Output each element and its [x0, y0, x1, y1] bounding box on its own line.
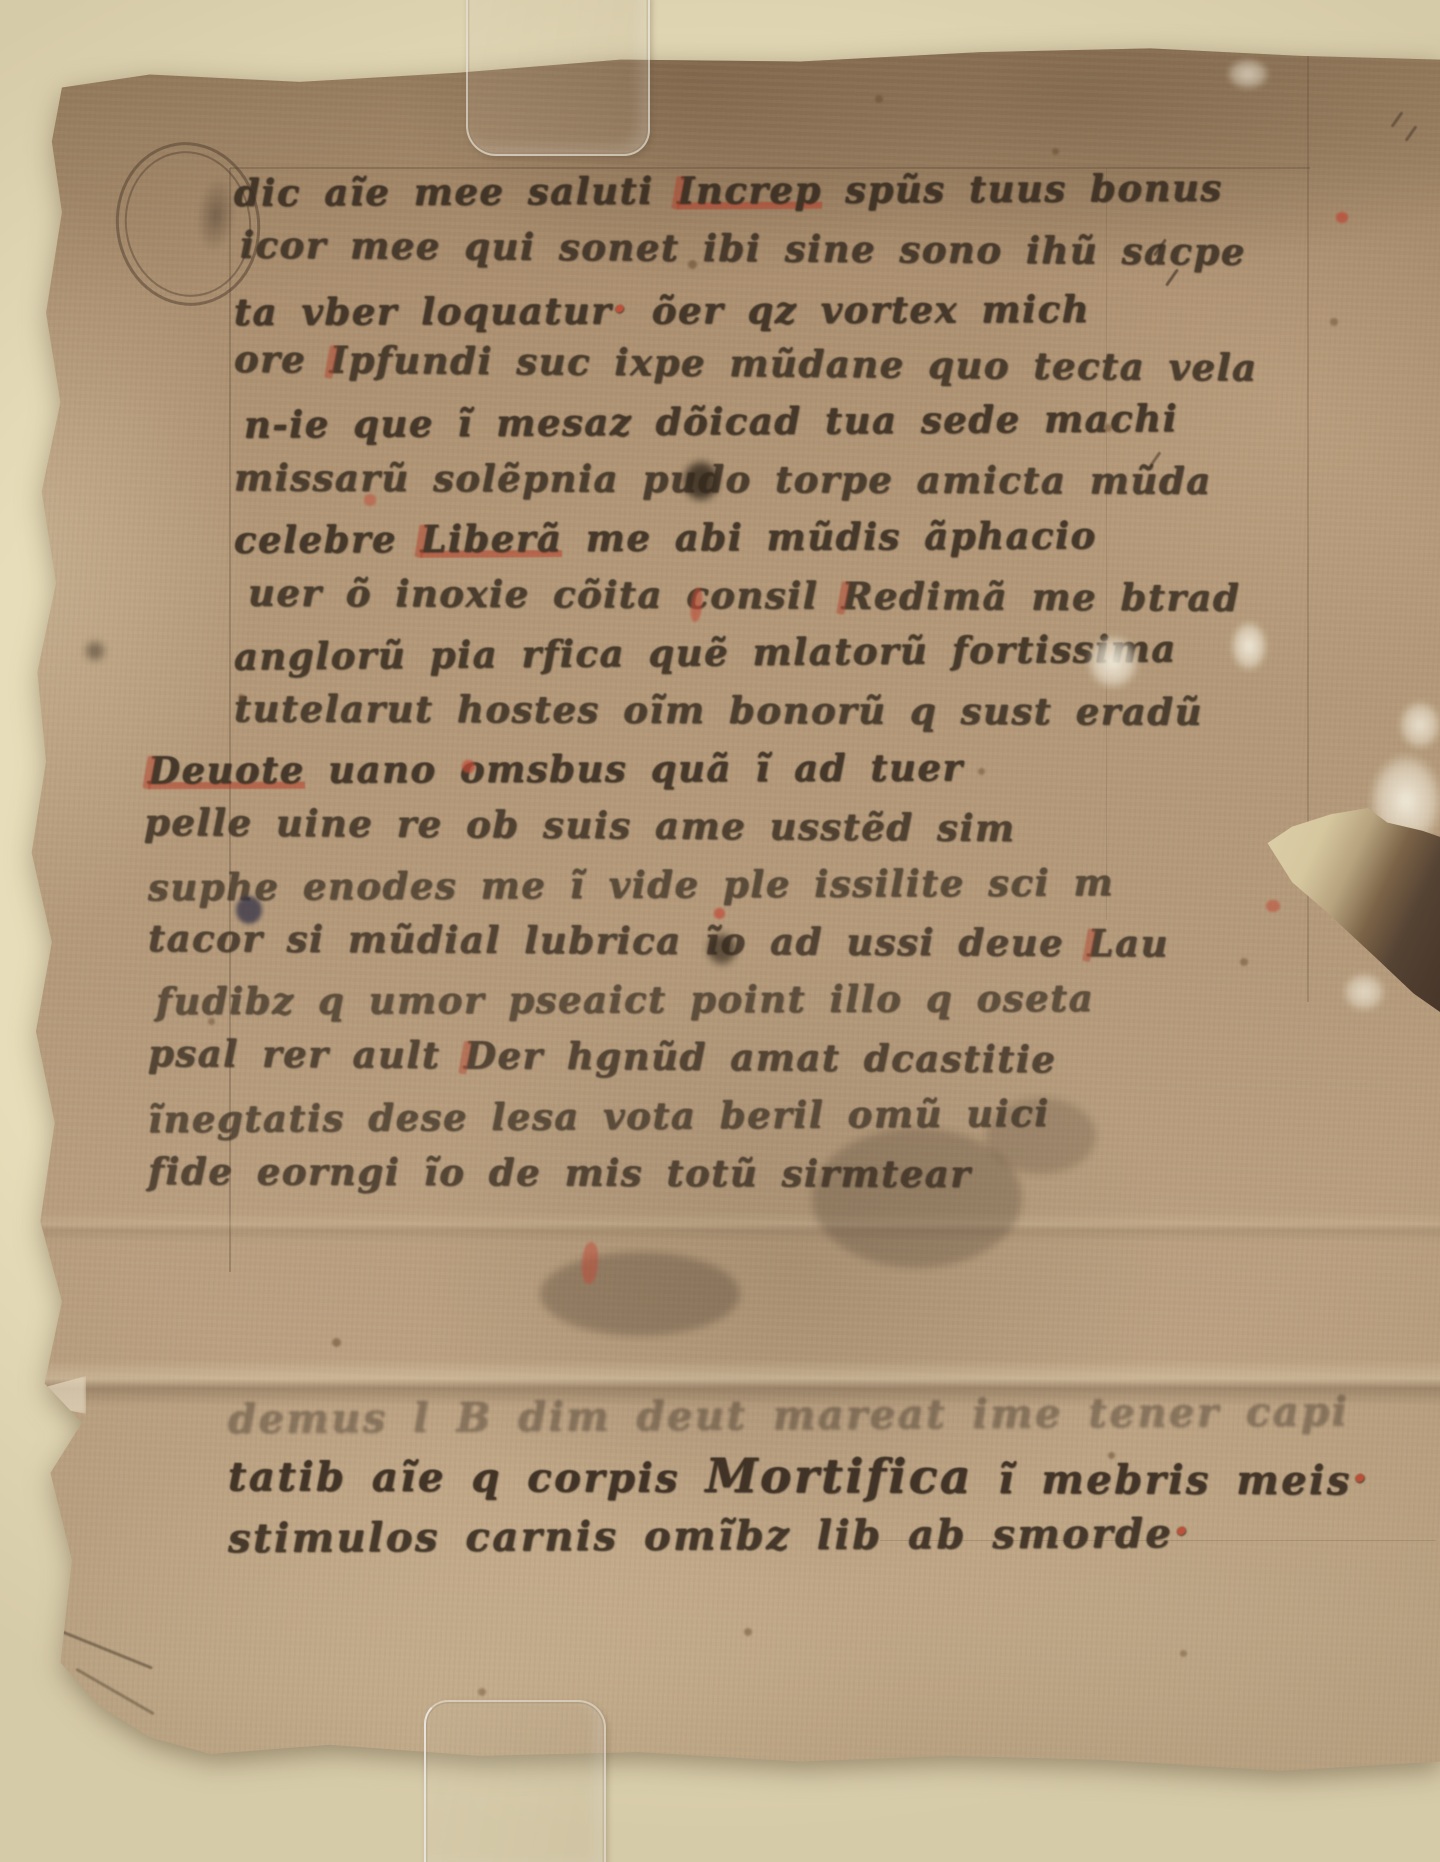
red-paint-speck [364, 494, 376, 506]
rubricated-text: Increp [677, 168, 822, 213]
rubricated-text: · [612, 284, 628, 334]
edge-crack [59, 1629, 153, 1669]
manuscript-text-line: pelle uine re ob suis ame usstẽd sim [144, 800, 1334, 866]
manuscript-text-line: ĩnegtatis dese lesa vota beril omũ uici [148, 1089, 1338, 1155]
brown-speck [1240, 958, 1248, 966]
brown-speck [238, 694, 245, 701]
manuscript-text-line: icor mee qui sonet ibi sine sono ihũ sac… [154, 222, 1344, 288]
red-paint-speck [462, 760, 475, 773]
manuscript-text-line: missarũ solẽpnia pudo torpe amicta mũda [148, 455, 1338, 517]
brown-speck [1180, 1650, 1187, 1657]
text-block-lower: demus l B dim deut mareat ime tener capi… [148, 1392, 1388, 1563]
manuscript-text-line: uer õ inoxie cõita consil Redimã me btra… [162, 570, 1352, 634]
fold-crease [20, 1360, 1440, 1406]
red-paint-speck [1336, 212, 1348, 223]
brown-speck [978, 768, 985, 775]
manuscript-text-line: tacor si mũdial lubrica ĩo ad ussi deue … [148, 916, 1338, 980]
manuscript-text-line: tutelarut hostes oĩm bonorũ q sust eradũ [148, 686, 1338, 748]
rubricated-text: Liberã [420, 516, 562, 561]
brown-speck [1052, 148, 1059, 155]
white-fuzz-patch [1086, 634, 1140, 690]
rubricated-text: Ipfundi [329, 338, 493, 383]
ink-text: anglorũ pia rfica quẽ mlatorũ fortissima [234, 627, 1177, 679]
edge-crack [75, 1668, 154, 1716]
ink-text: tutelarut hostes oĩm bonorũ q sust eradũ [234, 686, 1203, 733]
bottom-plastic-strap [424, 1700, 606, 1862]
white-fuzz-patch [1342, 972, 1386, 1012]
dark-stain [540, 1252, 740, 1336]
ink-text: ta vber loquatur [234, 288, 612, 333]
ink-text: spũs tuus bonus [822, 165, 1223, 211]
manuscript-text-line: fudibz q umor pseaict point illo q oseta [156, 975, 1346, 1037]
ink-text: tatib aĩe q corpis [228, 1453, 706, 1502]
manuscript-text-line: stimulos carnis omĩbz lib ab smorde· [148, 1503, 1388, 1566]
manuscript-text-line: celebre Liberã me abi mũdis ãphacio [148, 512, 1338, 576]
marginal-slash-mark [1405, 125, 1418, 141]
brown-speck [1104, 424, 1112, 432]
ink-text: missarũ solẽpnia pudo torpe amicta mũda [234, 455, 1212, 502]
brown-speck [478, 1688, 486, 1696]
ink-text: stimulos carnis omĩbz lib ab smorde [228, 1510, 1174, 1562]
brown-speck [332, 1338, 341, 1347]
manuscript-text-line: n-ie que ĩ mesaz dõicad tua sede machi [158, 395, 1348, 461]
brown-speck [688, 260, 697, 269]
manuscript-text-line: dic aĩe mee saluti Increp spũs tuus bonu… [148, 165, 1338, 229]
rubricated-text: Der [464, 1033, 544, 1078]
manuscript-text-line: Deuote uano omsbus quã ĩ ad tuer [148, 744, 1338, 806]
ink-text: ore [234, 337, 330, 382]
brown-speck [1330, 318, 1338, 326]
ink-text: suc ixpe mũdane quo tecta vela [493, 339, 1258, 390]
ink-text: celebre [234, 516, 421, 561]
ink-blot [236, 896, 262, 924]
white-fuzz-patch [1226, 58, 1270, 90]
top-plastic-strap [466, 0, 650, 156]
ink-text: icor mee qui sonet ibi sine sono ihũ sac… [240, 222, 1246, 273]
rubricated-text: · [1352, 1451, 1371, 1505]
dark-stain [86, 642, 104, 660]
ink-text: uer õ inoxie cõita consil [248, 570, 842, 617]
white-fuzz-patch [1398, 700, 1440, 750]
brown-speck [1108, 1452, 1115, 1459]
brown-speck [744, 1628, 752, 1636]
ink-text: tacor si mũdial lubrica ĩo ad ussi deue [148, 916, 1088, 965]
fold-crease-faint [20, 1212, 1440, 1242]
parchment-leaf: dic aĩe mee saluti Increp spũs tuus bonu… [0, 0, 1440, 1862]
manuscript-text-line: ore Ipfundi suc ixpe mũdane quo tecta ve… [148, 336, 1338, 404]
ink-text: pelle uine re ob suis ame usstẽd sim [144, 800, 1016, 850]
dark-stain [708, 934, 736, 964]
ink-text: õer qz vortex mich [628, 286, 1090, 332]
text-block-upper: dic aĩe mee saluti Increp spũs tuus bonu… [148, 168, 1338, 1208]
manuscript-text-line: suphe enodes me ĩ vide ple issilite sci … [148, 858, 1338, 922]
red-paint-speck [714, 908, 725, 919]
rubricated-text: Lau [1088, 921, 1170, 965]
ink-text: ĩ mebris meis [973, 1456, 1352, 1504]
rubricated-text: Deuote [148, 747, 305, 792]
rubricated-text: · [1173, 1504, 1192, 1558]
dark-stain [986, 1098, 1096, 1174]
manuscript-text-line: anglorũ pia rfica quẽ mlatorũ fortissima [148, 625, 1338, 693]
manuscript-text-line: fide eorngi ĩo de mis totũ sirmtear [148, 1148, 1338, 1210]
photograph-background: dic aĩe mee saluti Increp spũs tuus bonu… [0, 0, 1440, 1862]
ink-text: dic aĩe mee saluti [234, 168, 677, 214]
ink-text: Mortifica [705, 1449, 973, 1505]
ink-text: me abi mũdis ãphacio [562, 513, 1097, 560]
ink-text: me btrad [1008, 574, 1240, 619]
manuscript-text-line: ta vber loquatur· õer qz vortex mich [148, 282, 1338, 344]
red-paint-speck [1266, 900, 1280, 912]
manuscript-text-line: psal rer ault Der hgnũd amat dcastitie [148, 1031, 1338, 1097]
manuscript-text-line: tatib aĩe q corpis Mortifica ĩ mebris me… [148, 1447, 1388, 1508]
white-fuzz-patch [1230, 620, 1268, 672]
ink-text: suphe enodes me ĩ vide ple issilite sci … [148, 860, 1114, 909]
dark-stain [684, 462, 718, 500]
brown-speck [208, 1018, 215, 1025]
marginal-slash-mark [1391, 111, 1404, 127]
ink-text: hgnũd amat dcastitie [543, 1034, 1056, 1082]
rubricated-text: Redimã [842, 573, 1009, 618]
ink-text: n-ie que ĩ mesaz dõicad tua sede machi [244, 396, 1179, 447]
ink-text: fudibz q umor pseaict point illo q oseta [156, 976, 1094, 1023]
parchment-wrap: dic aĩe mee saluti Increp spũs tuus bonu… [0, 0, 1440, 1862]
brown-speck [875, 95, 883, 103]
ink-text: uano omsbus quã ĩ ad tuer [305, 745, 964, 791]
ink-text: psal rer ault [148, 1031, 464, 1077]
